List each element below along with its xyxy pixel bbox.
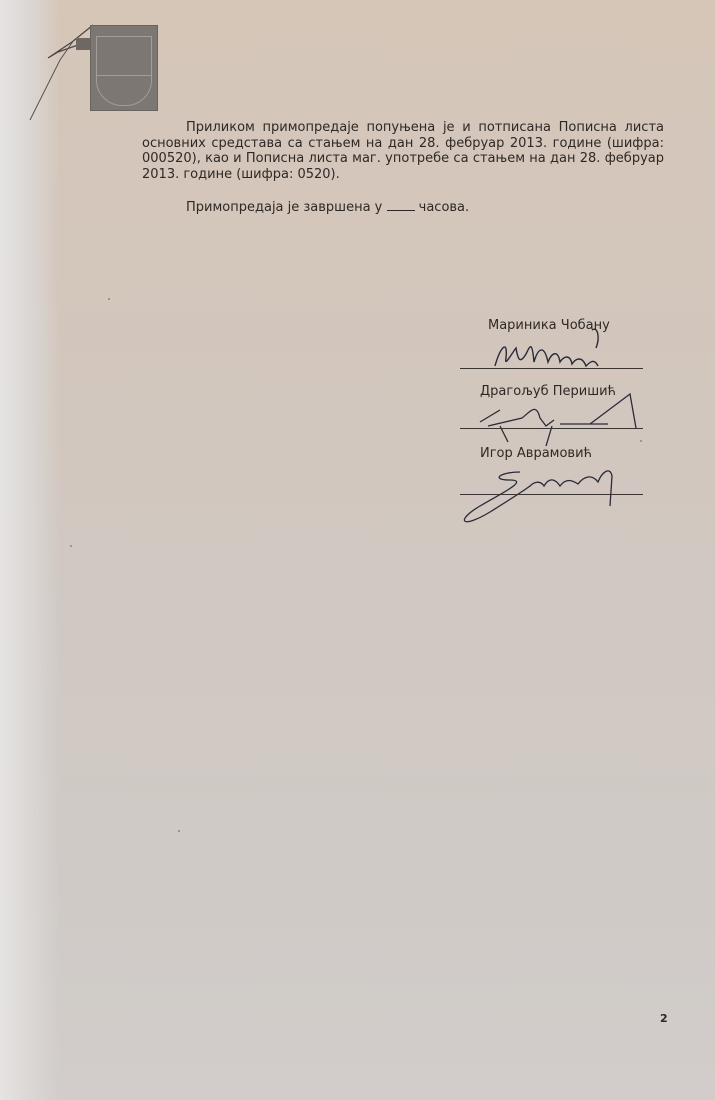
emblem-band [97, 75, 151, 76]
coat-of-arms-icon [90, 25, 158, 111]
handwritten-signature-icon [460, 446, 660, 526]
completion-sentence: Примопредаја је завршена у часова. [142, 199, 664, 216]
paper-speck [70, 545, 72, 547]
emblem-shield [96, 36, 152, 106]
handover-paragraph: Приликом примопредаје попуњена је и потп… [142, 120, 664, 182]
completion-text-before: Примопредаја је завршена у [186, 200, 387, 215]
signature-line [460, 428, 643, 429]
time-blank-field [387, 199, 415, 211]
signature-block: Игор Аврамовић [460, 446, 650, 510]
paper-edge-shadow [0, 0, 60, 1100]
completion-text-after: часова. [415, 200, 470, 215]
signature-line [460, 494, 643, 495]
signature-block: Драгољуб Перишић [460, 382, 650, 446]
page-number: 2 [660, 1012, 668, 1025]
signature-section: Мариника Чобану Драгољуб Перишић Игор Ав… [460, 318, 650, 510]
paper-speck [178, 830, 180, 832]
paper-speck [640, 440, 642, 442]
paper-speck [108, 298, 110, 300]
signature-line [460, 368, 643, 369]
document-body: Приликом примопредаје попуњена је и потп… [142, 120, 664, 216]
signature-block: Мариника Чобану [460, 318, 650, 382]
